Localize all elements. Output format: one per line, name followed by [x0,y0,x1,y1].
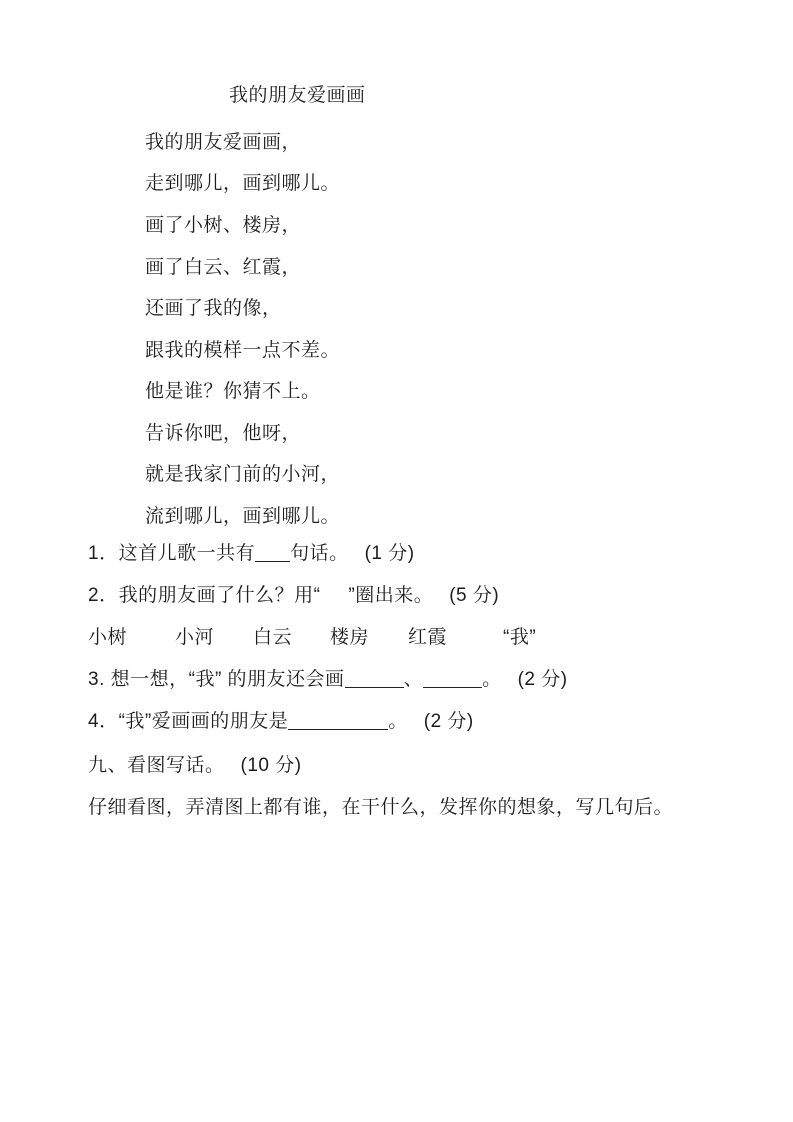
poem-line-9: 就是我家门前的小河， [145,464,340,486]
poem-line-4: 画了白云、红霞， [145,257,301,279]
question-2: 2．我的朋友画了什么？用“”圈出来。(5 分) [88,585,499,607]
word-option: 小河 [175,627,214,649]
answer-blank [345,675,404,688]
poem-line-10: 流到哪儿，画到哪儿。 [145,506,340,528]
word-options-row: 小树 小河 白云 楼房 红霞 “我” [88,627,588,651]
question-4: 4．“我”爱画画的朋友是。(2 分) [88,711,474,733]
section-nine-heading: 九、看图写话。(10 分) [88,755,302,777]
poem-line-5: 还画了我的像， [145,298,282,320]
word-option: 白云 [253,627,292,649]
word-option: 红霞 [408,627,447,649]
section-nine-instruction: 仔细看图，弄清图上都有谁，在干什么，发挥你的想象，写几句后。 [88,797,673,819]
poem-line-3: 画了小树、楼房， [145,215,301,237]
question-3: 3. 想一想，“我” 的朋友还会画、。(2 分) [88,669,568,691]
poem-line-2: 走到哪儿，画到哪儿。 [145,173,340,195]
word-option: 楼房 [330,627,369,649]
poem-line-8: 告诉你吧，他呀， [145,423,301,445]
question-1-score: (1 分) [365,543,415,565]
question-2-text-after: ”圈出来。 [348,585,433,606]
poem-line-1: 我的朋友爱画画， [145,132,301,154]
section-nine-title: 九、看图写话。 [88,755,225,776]
question-1-text-after: 句话。 [290,543,349,564]
question-4-text: 4．“我”爱画画的朋友是 [88,711,288,732]
question-3-text-after: 。 [482,669,502,690]
question-1: 1．这首儿歌一共有句话。(1 分) [88,543,415,565]
worksheet-page: 我的朋友爱画画 我的朋友爱画画， 走到哪儿，画到哪儿。 画了小树、楼房， 画了白… [0,0,793,1122]
poem-line-6: 跟我的模样一点不差。 [145,340,340,362]
word-option: 小树 [88,627,127,649]
question-3-score: (2 分) [518,669,568,691]
question-2-score: (5 分) [449,585,499,607]
answer-blank [423,675,482,688]
word-option: “我” [503,627,536,649]
poem-line-7: 他是谁？你猜不上。 [145,381,321,403]
question-3-separator: 、 [404,669,424,690]
answer-blank [255,549,290,562]
poem-title: 我的朋友爱画画 [229,85,366,107]
question-2-text: 2．我的朋友画了什么？用“ [88,585,320,606]
answer-blank [288,717,388,730]
question-1-text: 1．这首儿歌一共有 [88,543,255,564]
question-4-score: (2 分) [424,711,474,733]
section-nine-score: (10 分) [241,755,302,777]
question-3-text: 3. 想一想，“我” 的朋友还会画 [88,669,345,690]
question-4-text-after: 。 [388,711,408,732]
